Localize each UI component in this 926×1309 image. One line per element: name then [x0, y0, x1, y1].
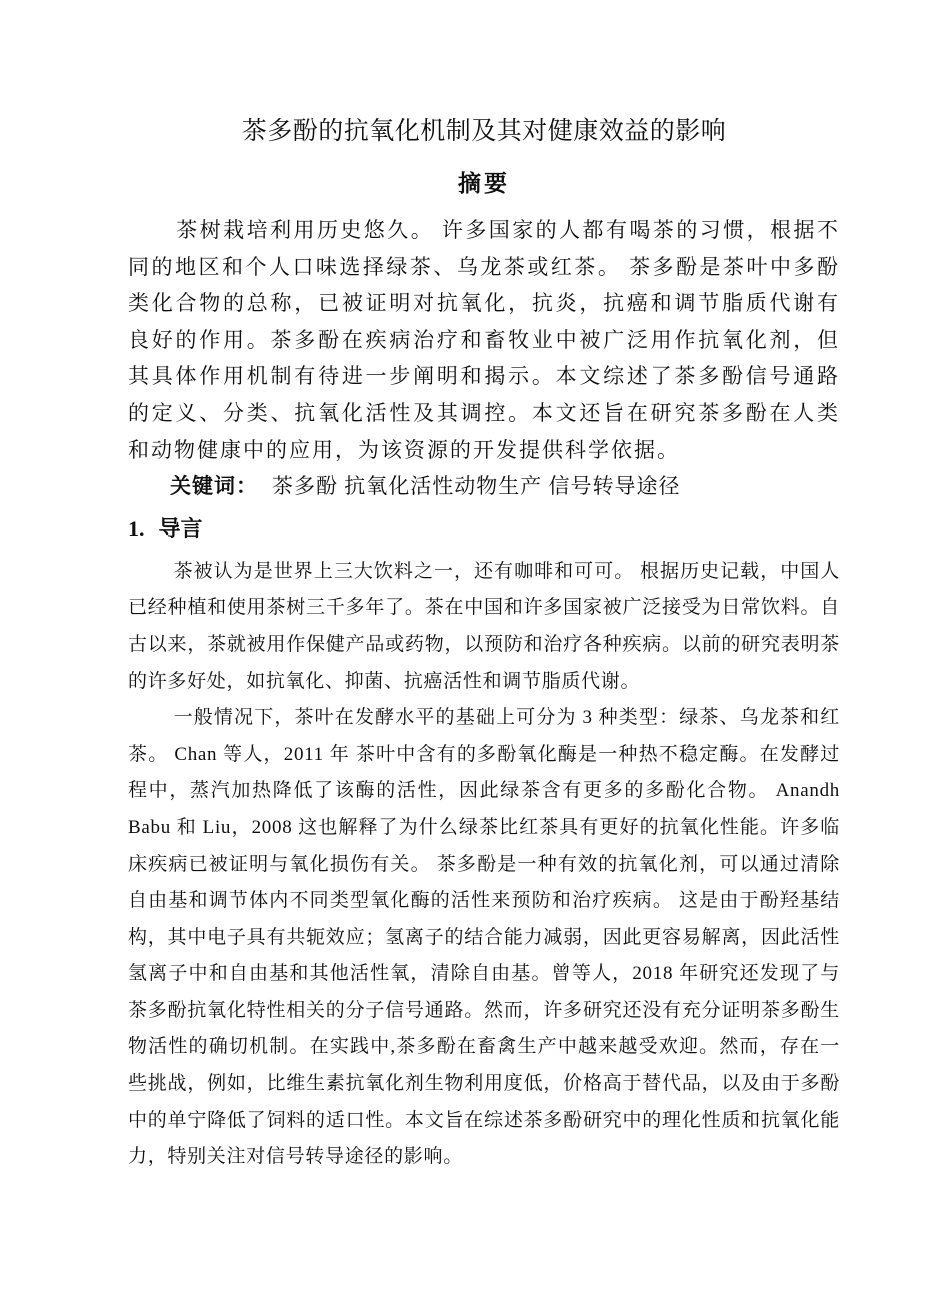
intro-paragraph-1: 茶被认为是世界上三大饮料之一，还有咖啡和可可。 根据历史记载，中国人已经种植和使…: [128, 554, 840, 700]
keywords-text: 茶多酚 抗氧化活性动物生产 信号转导途径: [272, 474, 681, 498]
section-1-number: 1.: [128, 516, 145, 541]
intro-paragraph-2: 一般情况下，茶叶在发酵水平的基础上可分为 3 种类型：绿茶、乌龙茶和红茶。 Ch…: [128, 700, 840, 1176]
keywords-line: 关键词：茶多酚 抗氧化活性动物生产 信号转导途径: [128, 468, 840, 506]
abstract-paragraph: 茶树栽培利用历史悠久。 许多国家的人都有喝茶的习惯，根据不同的地区和个人口味选择…: [128, 212, 840, 468]
section-1-title: 导言: [159, 516, 203, 541]
document-page: 茶多酚的抗氧化机制及其对健康效益的影响 摘要 茶树栽培利用历史悠久。 许多国家的…: [0, 0, 926, 1309]
paper-title: 茶多酚的抗氧化机制及其对健康效益的影响: [128, 116, 840, 148]
abstract-heading: 摘要: [128, 168, 840, 198]
keywords-label: 关键词：: [170, 475, 258, 498]
section-1-heading: 1.导言: [128, 514, 840, 544]
